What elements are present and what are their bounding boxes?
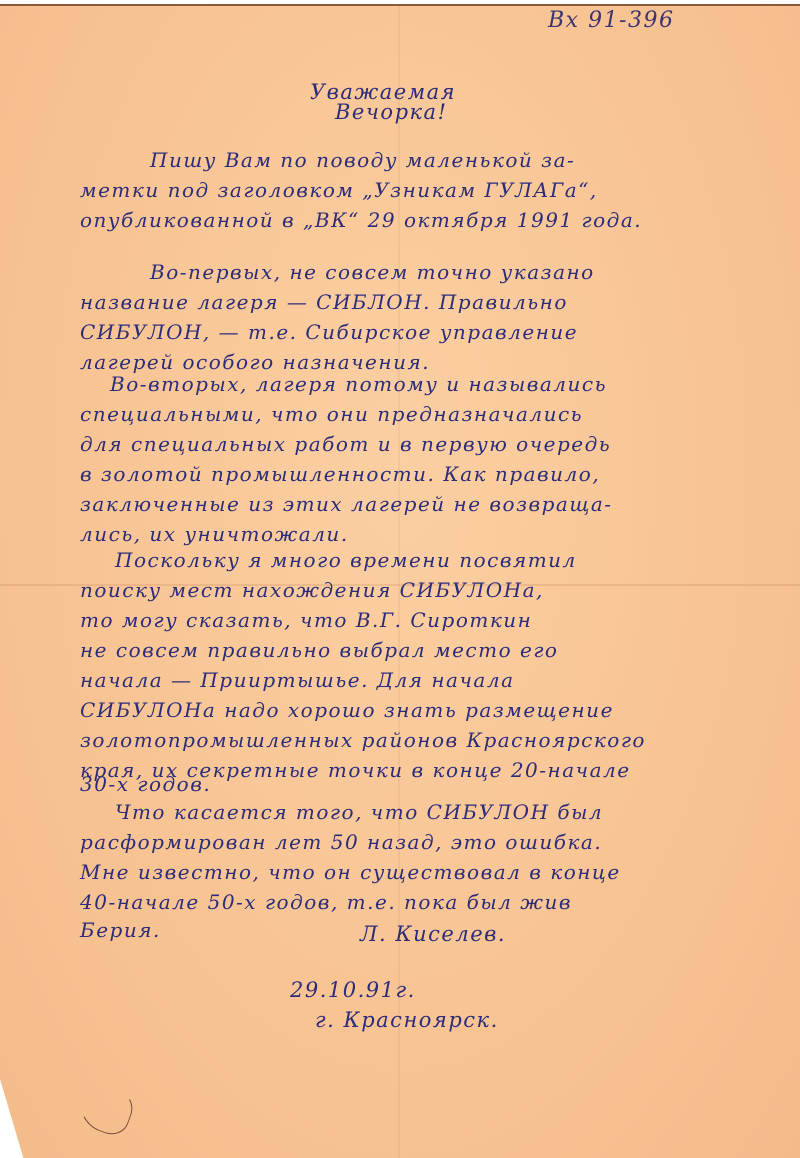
body-line: название лагеря — СИБЛОН. Правильно [80,290,568,314]
body-line: СИБУЛОНа надо хорошо знать размещение [80,698,614,722]
body-line: для специальных работ и в первую очередь [80,432,611,456]
registration-number: Вх 91-396 [548,8,675,33]
body-line: опубликованной в „ВК“ 29 октября 1991 го… [80,208,642,232]
body-line: лагерей особого назначения. [80,350,430,374]
body-line: Что касается того, что СИБУЛОН был [115,800,603,824]
body-line: Мне известно, что он существовал в конце [80,860,621,884]
body-line: Во-вторых, лагеря потому и назывались [110,372,607,396]
body-line: метки под заголовком „Узникам ГУЛАГа“, [80,178,598,202]
body-line: то могу сказать, что В.Г. Сироткин [80,608,532,632]
body-line: начала — Прииртышье. Для начала [80,668,515,692]
body-line: золотопромышленных районов Красноярского [80,728,646,752]
body-line: заключенные из этих лагерей не возвраща- [80,492,613,516]
body-line: 30-х годов. [80,772,211,796]
body-line: Берия. [80,918,161,942]
letter-date: 29.10.91г. [290,978,416,1002]
body-line: лись, их уничтожали. [80,522,349,546]
body-line: специальными, что они предназначались [80,402,583,426]
body-line: Пишу Вам по поводу маленькой за- [150,148,575,172]
body-line: 40-начале 50-х годов, т.е. пока был жив [80,890,572,914]
salutation-line-2: Вечорка! [335,100,448,124]
body-line: Поскольку я много времени посвятил [115,548,577,572]
body-line: в золотой промышленности. Как правило, [80,462,600,486]
body-line: СИБУЛОН, — т.е. Сибирское управление [80,320,578,344]
body-line: поиску мест нахождения СИБУЛОНа, [80,578,544,602]
body-line: Во-первых, не совсем точно указано [150,260,595,284]
signature: Л. Киселев. [360,922,506,946]
letter-place: г. Красноярск. [315,1008,499,1032]
body-line: расформирован лет 50 назад, это ошибка. [80,830,602,854]
body-line: не совсем правильно выбрал место его [80,638,558,662]
